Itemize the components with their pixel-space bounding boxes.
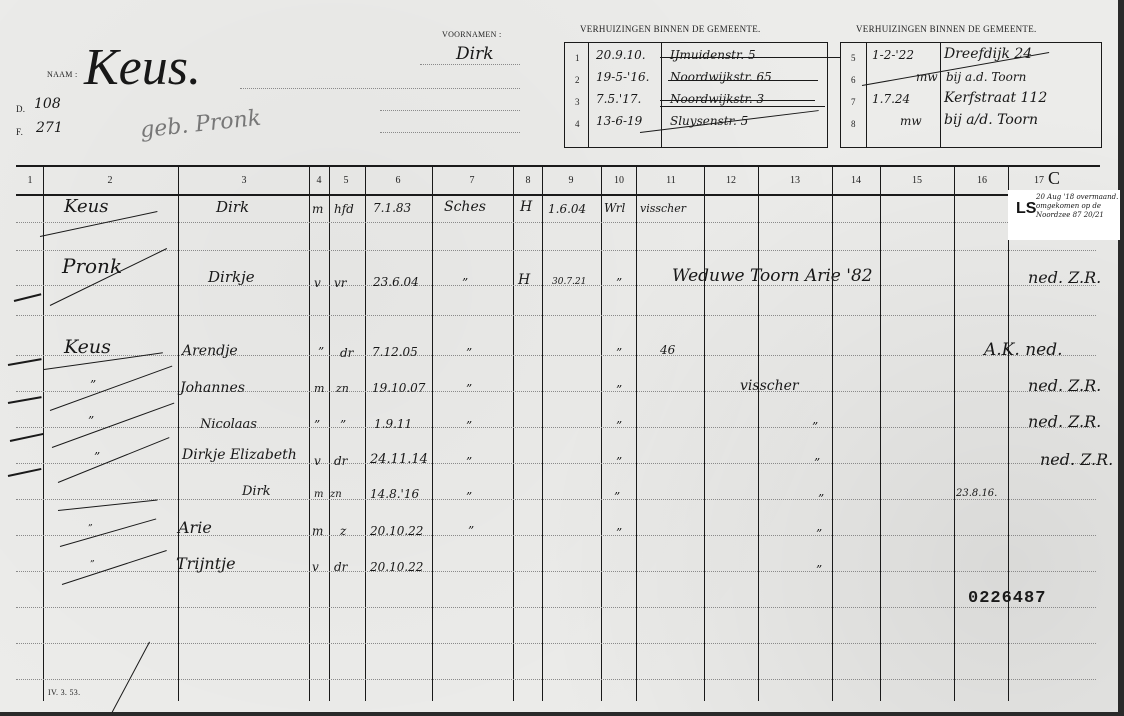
moves-title-1: VERHUIZINGEN BINNEN DE GEMEENTE. [580, 24, 761, 34]
given-name-cell: Johannes [180, 380, 245, 396]
relation-cell: zn [330, 489, 342, 500]
d-value: 108 [34, 96, 61, 112]
c10-cell: ” [616, 276, 622, 290]
move-no: 1 [575, 53, 580, 63]
move-date: mw [900, 114, 922, 128]
column-number: 11 [662, 175, 680, 186]
column-number: 6 [390, 175, 406, 186]
birthplace-cell: ” [466, 382, 472, 396]
move-address: Dreefdijk 24 [944, 46, 1032, 62]
move-no: 7 [851, 97, 856, 107]
given-name-cell: Dirk [216, 198, 249, 216]
death-stamp: LS 20 Aug '18 overmaand. omgekomen op de… [1008, 190, 1120, 240]
sex-cell: ” [318, 345, 324, 359]
remarks-cell: ” [816, 527, 822, 541]
nationality-cell: ned. Z.R. [1028, 412, 1101, 431]
move-address: bij a/d. Toorn [944, 112, 1038, 128]
birth-date-cell: 20.10.22 [370, 560, 423, 574]
column-number: 5 [338, 175, 354, 186]
given-name-cell: Dirkje Elizabeth [182, 446, 302, 464]
move-no: 2 [575, 75, 580, 85]
relation-cell: z [340, 524, 346, 538]
c10-cell: ” [616, 419, 622, 433]
move-date: 1.7.24 [872, 92, 910, 106]
birthplace-cell: ” [466, 419, 472, 433]
sex-cell: v [314, 454, 321, 468]
column-number: 8 [520, 175, 536, 186]
surname-cell: Keus [64, 196, 108, 217]
sex-cell: m [314, 382, 324, 395]
first-name: Dirk [456, 44, 494, 64]
remarks-cell: ” [812, 420, 818, 434]
relation-cell: zn [336, 382, 349, 395]
stamp-note: 20 Aug '18 overmaand. omgekomen op de No… [1036, 193, 1120, 220]
column-number: 1 [22, 175, 38, 186]
maiden-name-annotation: geb. Pronk [139, 106, 262, 144]
religion-cell: H [518, 272, 530, 288]
surname-cell: ” [90, 560, 95, 570]
sex-cell: v [314, 276, 321, 290]
column-number: 14 [847, 175, 865, 186]
remarks-cell: ” [818, 492, 824, 506]
religion-cell: H [520, 199, 532, 215]
move-date: 19-5-'16. [596, 70, 649, 84]
occupation-cell: 46 [660, 343, 675, 357]
move-address: bij a.d. Toorn [946, 70, 1026, 84]
surname-cell: ” [88, 524, 93, 534]
move-no: 3 [575, 97, 580, 107]
sex-cell: m [312, 524, 323, 538]
move-address: Noordwijkstr. 65 [670, 70, 772, 84]
given-name-cell: Nicolaas [200, 417, 257, 432]
relation-cell: dr [334, 454, 347, 468]
birth-date-cell: 7.1.83 [373, 201, 411, 215]
birthplace-cell: ” [466, 346, 472, 360]
d-label: D. [16, 104, 25, 114]
column-number: 10 [610, 175, 628, 186]
move-date: 1-2-'22 [872, 48, 914, 62]
surname-cell: ” [90, 378, 96, 392]
birth-date-cell: 19.10.07 [372, 381, 425, 395]
birthplace-cell: Sches [444, 199, 486, 215]
birthplace-cell: ” [466, 490, 472, 504]
naam-label: NAAM : [47, 70, 77, 79]
moves-title-2: VERHUIZINGEN BINNEN DE GEMEENTE. [856, 24, 1037, 34]
ls-stamp-label: LS [1016, 200, 1036, 218]
column-number: 7 [464, 175, 480, 186]
relation-cell: ” [340, 418, 346, 432]
remarks-cell: Weduwe Toorn Arie '82 [672, 266, 873, 286]
given-name-cell: Trijntje [176, 554, 236, 573]
birth-date-cell: 1.9.11 [374, 417, 412, 431]
c16-cell: 23.8.16. [956, 488, 997, 499]
birthplace-cell: ” [468, 524, 474, 538]
column-number: 2 [100, 175, 120, 186]
remarks-cell: ” [814, 456, 820, 470]
date-cell: 1.6.04 [548, 202, 586, 216]
c10-cell: ” [616, 346, 622, 360]
column-number: 13 [786, 175, 804, 186]
c10-cell: ” [616, 383, 622, 397]
c10-cell: ” [614, 490, 620, 504]
move-date: 13-6-19 [596, 114, 642, 128]
move-no: 8 [851, 119, 856, 129]
column-number: 16 [973, 175, 991, 186]
c10-cell: ” [616, 526, 622, 540]
nationality-cell: A.K. ned. [984, 340, 1062, 360]
remarks-cell: visscher [740, 378, 799, 394]
move-no: 6 [851, 75, 856, 85]
given-name-cell: Arie [178, 518, 212, 537]
birth-date-cell: 7.12.05 [372, 345, 418, 359]
nationality-cell: ned. Z.R. [1028, 376, 1101, 395]
given-name-cell: Arendje [182, 343, 238, 359]
birthplace-cell: ” [462, 276, 468, 290]
column-number: 15 [908, 175, 926, 186]
occupation-cell: visscher [640, 202, 686, 215]
move-no: 4 [575, 119, 580, 129]
column-number: 3 [234, 175, 254, 186]
relation-cell: vr [334, 276, 347, 290]
register-card: NAAM : Keus. VOORNAMEN : Dirk D. 108 F. … [0, 0, 1118, 712]
sex-cell: m [312, 202, 323, 216]
f-label: F. [16, 127, 23, 137]
move-address: IJmuidenstr. 5 [670, 48, 756, 62]
column-number: 17 [1030, 175, 1048, 186]
surname-cell: ” [88, 414, 94, 428]
column-number: 12 [722, 175, 740, 186]
sex-cell: ” [314, 418, 320, 432]
birth-date-cell: 23.6.04 [373, 275, 419, 289]
corner-mark: C [1048, 168, 1060, 189]
surname-cell: ” [94, 450, 100, 464]
serial-number: 0226487 [968, 589, 1046, 608]
move-no: 5 [851, 53, 856, 63]
relation-cell: dr [340, 346, 353, 360]
sex-cell: m [314, 489, 323, 500]
move-address: Noordwijkstr. 3 [670, 92, 764, 106]
birth-date-cell: 20.10.22 [370, 524, 423, 538]
voornamen-label: VOORNAMEN : [442, 30, 502, 39]
nationality-cell: ned. Z.R. [1040, 450, 1113, 469]
move-date: 7.5.'17. [596, 92, 641, 106]
sex-cell: v [312, 560, 319, 574]
column-number: 9 [563, 175, 579, 186]
birthplace-cell: ” [466, 455, 472, 469]
column-number: 4 [311, 175, 327, 186]
move-address: Kerfstraat 112 [944, 90, 1047, 106]
surname-cell: Keus [64, 336, 111, 358]
remarks-cell: ” [816, 563, 822, 577]
nationality-cell: ned. Z.R. [1028, 268, 1101, 287]
birth-date-cell: 24.11.14 [370, 452, 428, 467]
surname: Keus. [84, 38, 201, 97]
birth-date-cell: 14.8.'16 [370, 487, 419, 501]
f-value: 271 [36, 120, 63, 136]
c10-cell: ” [616, 455, 622, 469]
relation-cell: hfd [334, 202, 354, 216]
relation-cell: dr [334, 560, 347, 574]
date-cell: 30.7.21 [552, 277, 586, 287]
given-name-cell: Dirk [242, 484, 271, 499]
c10-cell: Wrl [604, 201, 625, 215]
move-date: 20.9.10. [596, 48, 646, 62]
given-name-cell: Dirkje [208, 268, 255, 286]
form-code: IV. 3. 53. [48, 688, 80, 697]
